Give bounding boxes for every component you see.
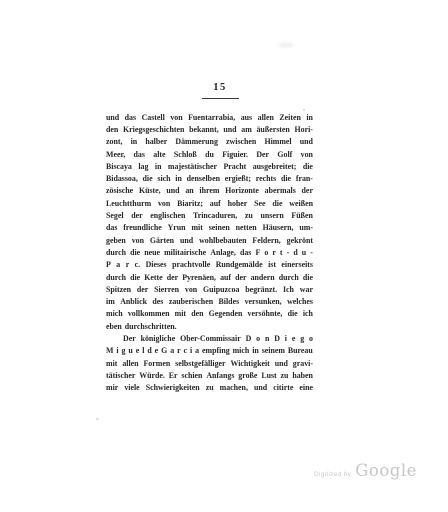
word: d (293, 248, 297, 257)
word: i (190, 346, 192, 355)
word: von (132, 236, 144, 245)
word: zu (245, 211, 253, 220)
word: vollkommen (128, 309, 170, 318)
page-header: 15 (201, 82, 239, 99)
word: der (302, 186, 313, 195)
word: weißen (289, 199, 313, 208)
word: in (175, 174, 182, 183)
word: der (137, 285, 148, 294)
word: Spitzen (106, 285, 131, 294)
scanned-book-page: 15 unddasCastellvonFuentarrabia,ausallen… (0, 0, 448, 512)
text-line: LeuchtthurmvonBiaritz;aufhoherSeedieweiß… (106, 197, 313, 209)
word: die (303, 162, 313, 171)
word: seinem (262, 346, 285, 355)
word: mich (106, 309, 123, 318)
word: g (300, 334, 304, 343)
word: Ich (283, 285, 294, 294)
word: du (205, 150, 214, 159)
word: Castell (142, 113, 165, 122)
word: alte (153, 150, 165, 159)
word: Biscaya (106, 162, 132, 171)
word: militairische (164, 248, 206, 257)
word: den (191, 309, 203, 318)
word: im (106, 297, 115, 306)
word: Zeiten (279, 113, 300, 122)
word: ich (303, 309, 313, 318)
word: D (274, 334, 280, 343)
word: seinen (209, 223, 230, 232)
word: das (106, 223, 117, 232)
text-line: Bidassoa,diesichindenselbenergießt;recht… (106, 172, 313, 184)
word: das (240, 248, 251, 257)
word: eine (299, 383, 313, 392)
word: o (309, 334, 313, 343)
word: e (292, 334, 296, 343)
word: machen, (220, 383, 248, 392)
word: r (272, 248, 276, 257)
word: auf (220, 273, 231, 282)
word: die (130, 248, 140, 257)
word: P (106, 260, 111, 269)
word: englischen (150, 211, 185, 220)
word: l (142, 346, 144, 355)
word: Wichtigkeit (230, 359, 269, 368)
word: e (136, 346, 140, 355)
word: wohlbebauten (199, 236, 246, 245)
text-line: gebenvonGärtenundwohlbebautenFeldern,gek… (106, 234, 313, 246)
word: versunken, (245, 297, 282, 306)
word: die (143, 174, 153, 183)
word: - (287, 248, 290, 257)
text-line: SegelderenglischenTrincaduren,zuunsernFü… (106, 209, 313, 221)
word: des (152, 297, 163, 306)
text-line: durchdieKettederPyrenäen,aufderanderndur… (106, 271, 313, 283)
word: n (265, 334, 269, 343)
text-line: denKriegsgeschichtenbekannt,undamäußerst… (106, 123, 313, 135)
word: Formen (143, 359, 170, 368)
scan-speck (303, 109, 305, 111)
word: Biaritz; (177, 199, 203, 208)
word: aus (241, 113, 252, 122)
word: a (195, 346, 199, 355)
word: den (106, 125, 118, 134)
word: Rundgemälde (216, 260, 263, 269)
text-line: mitallenFormenselbstgefälligerWichtigkei… (106, 357, 313, 369)
text-line: tätischerWürde.ErschienAnfangsgroßeLustz… (106, 369, 313, 381)
text-line: durchdieneuemilitairischeAnlage,dasFort-… (106, 246, 313, 258)
word: e (155, 346, 159, 355)
word: G (161, 346, 167, 355)
word: zu (206, 383, 214, 392)
word: Dämmerung (175, 137, 218, 146)
word: Leuchtthurm (106, 199, 151, 208)
word: Himmel (264, 137, 291, 146)
digitized-by-label: Digitized by (314, 471, 351, 478)
word: das (134, 150, 145, 159)
word: am (241, 125, 252, 134)
word: citirte (273, 383, 293, 392)
word: u (128, 346, 132, 355)
word: auf (210, 199, 221, 208)
word: rechts (256, 174, 276, 183)
word: in (306, 113, 313, 122)
word: zwischen (226, 137, 256, 146)
word: denselben (187, 174, 220, 183)
word: Anfangs (206, 371, 234, 380)
word: netten (236, 223, 257, 232)
word: der (167, 273, 178, 282)
word: Guipuzcoa (203, 285, 239, 294)
text-line: DerköniglicheOber-CommissairDonDiego (106, 332, 313, 344)
word: Gegenden (209, 309, 243, 318)
word: Gärten (150, 236, 174, 245)
word: Golf (277, 150, 292, 159)
word: von (185, 285, 197, 294)
word: bekannt, (189, 125, 219, 134)
word: Schwierigkeiten (146, 383, 200, 392)
word: Kriegsgeschichten (123, 125, 184, 134)
word: D (246, 334, 252, 343)
word: in (131, 137, 138, 146)
word: königliche (141, 334, 176, 343)
word: u (302, 248, 306, 257)
word: welches (287, 297, 313, 306)
word: selbstgefälliger (175, 359, 225, 368)
text-line: zösischeKüste,undanihremHorizonteabermal… (106, 185, 313, 197)
word: ausgebreitet; (253, 162, 297, 171)
word: Hori- (295, 125, 313, 134)
word: fran- (296, 174, 313, 183)
word: die (288, 309, 298, 318)
word: haben (292, 371, 313, 380)
word: an (185, 186, 193, 195)
word: die (272, 199, 282, 208)
word: Bildes (219, 297, 240, 306)
word: o (264, 248, 268, 257)
word: um- (299, 223, 313, 232)
word: freundliche (123, 223, 161, 232)
word: Fuentarrabia, (188, 113, 235, 122)
word: Figuier. (222, 150, 248, 159)
word: und (300, 137, 313, 146)
word: Der (123, 334, 136, 343)
word: und (106, 113, 119, 122)
word: Pracht (223, 162, 246, 171)
word: in (155, 162, 162, 171)
scan-speck (278, 42, 294, 48)
word: gekrönt (287, 236, 313, 245)
word: c. (135, 260, 140, 269)
word: - (310, 248, 313, 257)
word: Lust (261, 371, 276, 380)
word: Anlage, (210, 248, 236, 257)
word: zu (281, 371, 289, 380)
google-watermark: Digitized by Google (314, 463, 417, 479)
word: Anblick (120, 297, 147, 306)
word: sich (157, 174, 170, 183)
word: d (147, 346, 151, 355)
word: und (275, 359, 288, 368)
word: neue (144, 248, 160, 257)
word: r (126, 260, 130, 269)
word: halber (145, 137, 167, 146)
header-rule (202, 98, 239, 99)
text-line: imAnblickdeszauberischenBildesversunken,… (106, 295, 313, 307)
word: tätischer (106, 371, 135, 380)
text-line: dasfreundlicheYrunmitseinennettenHäusern… (106, 222, 313, 234)
word: in (252, 346, 259, 355)
text-line: SpitzenderSierrenvonGuipuzcoabegränzt.Ic… (106, 283, 313, 295)
word: Der (256, 150, 269, 159)
word: äußersten (256, 125, 289, 134)
word: Füßen (291, 211, 313, 220)
word: der (131, 211, 142, 220)
word: ihrem (199, 186, 219, 195)
word: c (184, 346, 188, 355)
word: M (106, 346, 113, 355)
word: und (166, 186, 179, 195)
word: Sierren (154, 285, 179, 294)
word: o (256, 334, 260, 343)
word: abermals (265, 186, 296, 195)
word: g (122, 346, 126, 355)
word: von (158, 199, 170, 208)
word: durch (106, 273, 126, 282)
word: mit (106, 359, 117, 368)
word: die (281, 174, 291, 183)
word: begränzt. (245, 285, 277, 294)
word: i (285, 334, 287, 343)
word: Horizonte (225, 186, 259, 195)
word: Dieses (146, 260, 167, 269)
word: zauberischen (169, 297, 213, 306)
word: empfing (202, 346, 230, 355)
word: allen (122, 359, 138, 368)
word: der (235, 273, 246, 282)
word: prachtvolle (172, 260, 210, 269)
word: Häusern, (263, 223, 294, 232)
word: Er (169, 371, 178, 380)
word: mit (191, 223, 202, 232)
word: schien (181, 371, 202, 380)
word: mir (106, 383, 118, 392)
word: hoher (228, 199, 248, 208)
word: Segel (106, 211, 124, 220)
google-logo: Google (355, 463, 417, 479)
word: t (280, 248, 283, 257)
text-line: eben durchschritten. (106, 320, 313, 332)
word: mich (233, 346, 250, 355)
word: durch (106, 248, 126, 257)
word: Kette (144, 273, 162, 282)
word: See (254, 199, 265, 208)
word: ist (268, 260, 276, 269)
page-number: 15 (201, 82, 239, 93)
word: einerseits (281, 260, 313, 269)
word: Trincaduren, (193, 211, 237, 220)
word: zont, (106, 137, 122, 146)
word: versöhnte, (248, 309, 283, 318)
word: Yrun (168, 223, 186, 232)
word: gravi- (293, 359, 313, 368)
word: Meer, (106, 150, 125, 159)
word: große (238, 371, 257, 380)
word: majestätischer (168, 162, 217, 171)
word: Pyrenäen, (182, 273, 216, 282)
scan-speck (96, 418, 99, 420)
word: war (300, 285, 313, 294)
text-line: michvollkommenmitdenGegendenversöhnte,di… (106, 308, 313, 320)
word: Feldern, (252, 236, 280, 245)
text-line: mirvieleSchwierigkeitenzumachen,undcitir… (106, 382, 313, 394)
word: andern (251, 273, 275, 282)
word: mit (175, 309, 186, 318)
word: unsern (261, 211, 284, 220)
word: die (303, 273, 313, 282)
text-line: MigueldeGarciaempfingmichinseinemBureau (106, 345, 313, 357)
word: ergießt; (225, 174, 251, 183)
text-line: zont,inhalberDämmerungzwischenHimmelund (106, 136, 313, 148)
word: von (301, 150, 313, 159)
word: zösische (106, 186, 133, 195)
text-line: BiscayalaginmajestätischerPrachtausgebre… (106, 160, 313, 172)
page-body: unddasCastellvonFuentarrabia,ausallenZei… (106, 111, 313, 394)
word: geben (106, 236, 126, 245)
word: und (180, 236, 193, 245)
word: r (177, 346, 181, 355)
word: die (130, 273, 140, 282)
word: durch (279, 273, 299, 282)
text-line: Meer,dasalteSchloßduFiguier.DerGolfvon (106, 148, 313, 160)
text-line: unddasCastellvonFuentarrabia,ausallenZei… (106, 111, 313, 123)
word: allen (258, 113, 274, 122)
word: Ober-Commissair (180, 334, 241, 343)
word: a (116, 260, 120, 269)
word: viele (124, 383, 139, 392)
word: a (170, 346, 174, 355)
word: i (116, 346, 118, 355)
word: und (254, 383, 267, 392)
word: Schloß (174, 150, 197, 159)
word: F (255, 248, 260, 257)
word: lag (138, 162, 148, 171)
word: Bureau (288, 346, 313, 355)
text-line: Parc.DiesesprachtvolleRundgemäldeisteine… (106, 259, 313, 271)
word: Küste, (139, 186, 161, 195)
word: von (170, 113, 182, 122)
word: und (223, 125, 236, 134)
word: Würde. (139, 371, 165, 380)
word: Bidassoa, (106, 174, 138, 183)
word: das (125, 113, 136, 122)
